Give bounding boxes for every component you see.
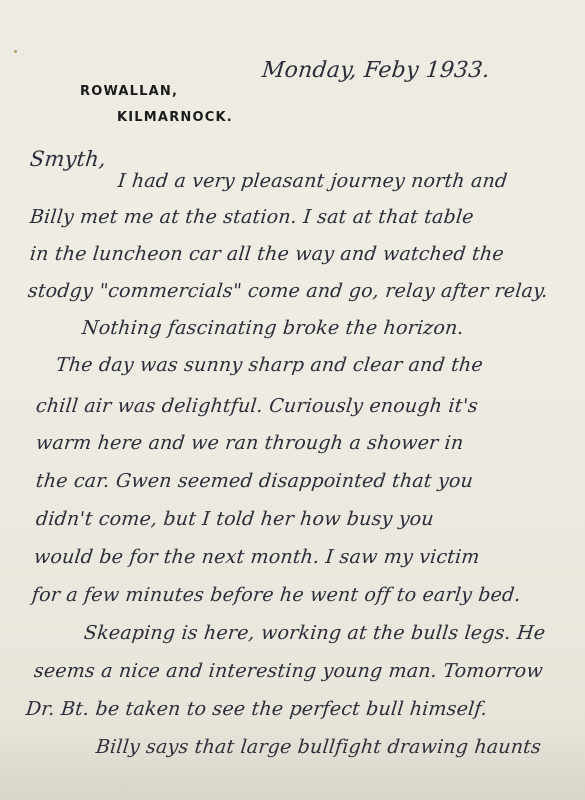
paper-speck xyxy=(14,50,17,53)
body-line: seems a nice and interesting young man. … xyxy=(33,660,544,682)
body-line: in the luncheon car all the way and watc… xyxy=(29,243,505,265)
body-line: Skeaping is here, working at the bulls l… xyxy=(83,622,547,644)
letterhead-town: KILMARNOCK. xyxy=(117,110,233,125)
body-line: chill air was delightful. Curiously enou… xyxy=(35,395,479,417)
body-line: Billy says that large bullfight drawing … xyxy=(95,736,542,758)
body-line: the car. Gwen seemed disappointed that y… xyxy=(35,470,474,492)
body-line: Billy met me at the station. I sat at th… xyxy=(29,206,475,228)
body-line: stodgy "commercials" come and go, relay … xyxy=(27,280,549,302)
letterhead-estate: ROWALLAN, xyxy=(80,84,178,99)
body-line: would be for the next month. I saw my vi… xyxy=(33,546,481,568)
body-line: Nothing fascinating broke the horizon. xyxy=(81,317,465,339)
body-line: I had a very pleasant journey north and xyxy=(117,170,509,192)
body-line: The day was sunny sharp and clear and th… xyxy=(55,354,484,376)
letter-date: Monday, Feby 1933. xyxy=(261,58,491,83)
body-line: warm here and we ran through a shower in xyxy=(35,432,465,454)
body-line: Dr. Bt. be taken to see the perfect bull… xyxy=(25,698,489,720)
salutation: Smyth, xyxy=(29,147,108,171)
body-line: for a few minutes before he went off to … xyxy=(31,584,522,606)
body-line: didn't come, but I told her how busy you xyxy=(35,508,435,530)
letter-page: ROWALLAN, KILMARNOCK. Monday, Feby 1933.… xyxy=(0,0,585,800)
